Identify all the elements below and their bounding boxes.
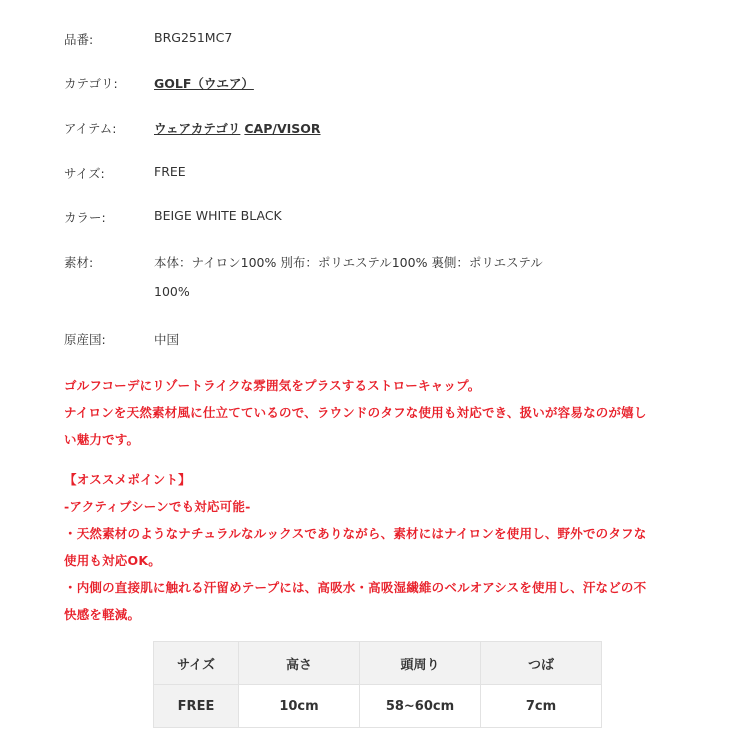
spec-label: カラー: [64, 208, 106, 226]
description-line: ゴルフコーデにリゾートライクな雰囲気をプラスするストローキャップ。 [64, 376, 480, 394]
points-subheading: -アクティブシーンでも対応可能- [64, 497, 250, 515]
category-link[interactable]: GOLF（ウエア） [154, 74, 254, 92]
description-line: い魅力です。 [64, 430, 139, 448]
table-row: FREE 10cm 58~60cm 7cm [154, 685, 602, 728]
spec-value: ウェアカテゴリ CAP/VISOR [154, 119, 321, 137]
table-cell: 7cm [481, 685, 602, 728]
spec-label: サイズ: [64, 164, 105, 182]
spec-value: 本体：ナイロン100% 別布：ポリエステル100% 裏側：ポリエステル [154, 253, 543, 271]
spec-value: BRG251MC7 [154, 30, 232, 45]
table-header: 高さ [239, 642, 360, 685]
spec-label: カテゴリ: [64, 74, 118, 92]
cap-visor-link[interactable]: CAP/VISOR [244, 121, 320, 136]
points-bullet: ・内側の直接肌に触れる汗留めテープには、高吸水・高吸湿繊維のベルオアシスを使用し… [64, 578, 646, 596]
table-header-row: サイズ 高さ 頭周り つば [154, 642, 602, 685]
spec-value: BEIGE WHITE BLACK [154, 208, 282, 223]
points-bullet: 快感を軽減。 [64, 605, 140, 623]
points-bullet: ・天然素材のようなナチュラルなルックスでありながら、素材にはナイロンを使用し、野… [64, 524, 646, 542]
spec-label: 品番: [64, 30, 93, 48]
spec-label: アイテム: [64, 119, 116, 137]
description-line: ナイロンを天然素材風に仕立てているので、ラウンドのタフな使用も対応でき、扱いが容… [64, 403, 647, 421]
table-header: つば [481, 642, 602, 685]
points-heading: 【オススメポイント】 [64, 470, 191, 488]
table-cell: 58~60cm [360, 685, 481, 728]
spec-label: 素材: [64, 253, 93, 271]
spec-label: 原産国: [64, 330, 106, 348]
size-table: サイズ 高さ 頭周り つば FREE 10cm 58~60cm 7cm [153, 641, 602, 728]
spec-value: 中国 [154, 330, 179, 348]
table-header: サイズ [154, 642, 239, 685]
spec-value: FREE [154, 164, 186, 179]
table-cell: 10cm [239, 685, 360, 728]
table-header: 頭周り [360, 642, 481, 685]
table-cell: FREE [154, 685, 239, 728]
points-bullet: 使用も対応OK。 [64, 551, 161, 569]
spec-value: 100% [154, 284, 190, 299]
wear-category-link[interactable]: ウェアカテゴリ [154, 121, 240, 136]
